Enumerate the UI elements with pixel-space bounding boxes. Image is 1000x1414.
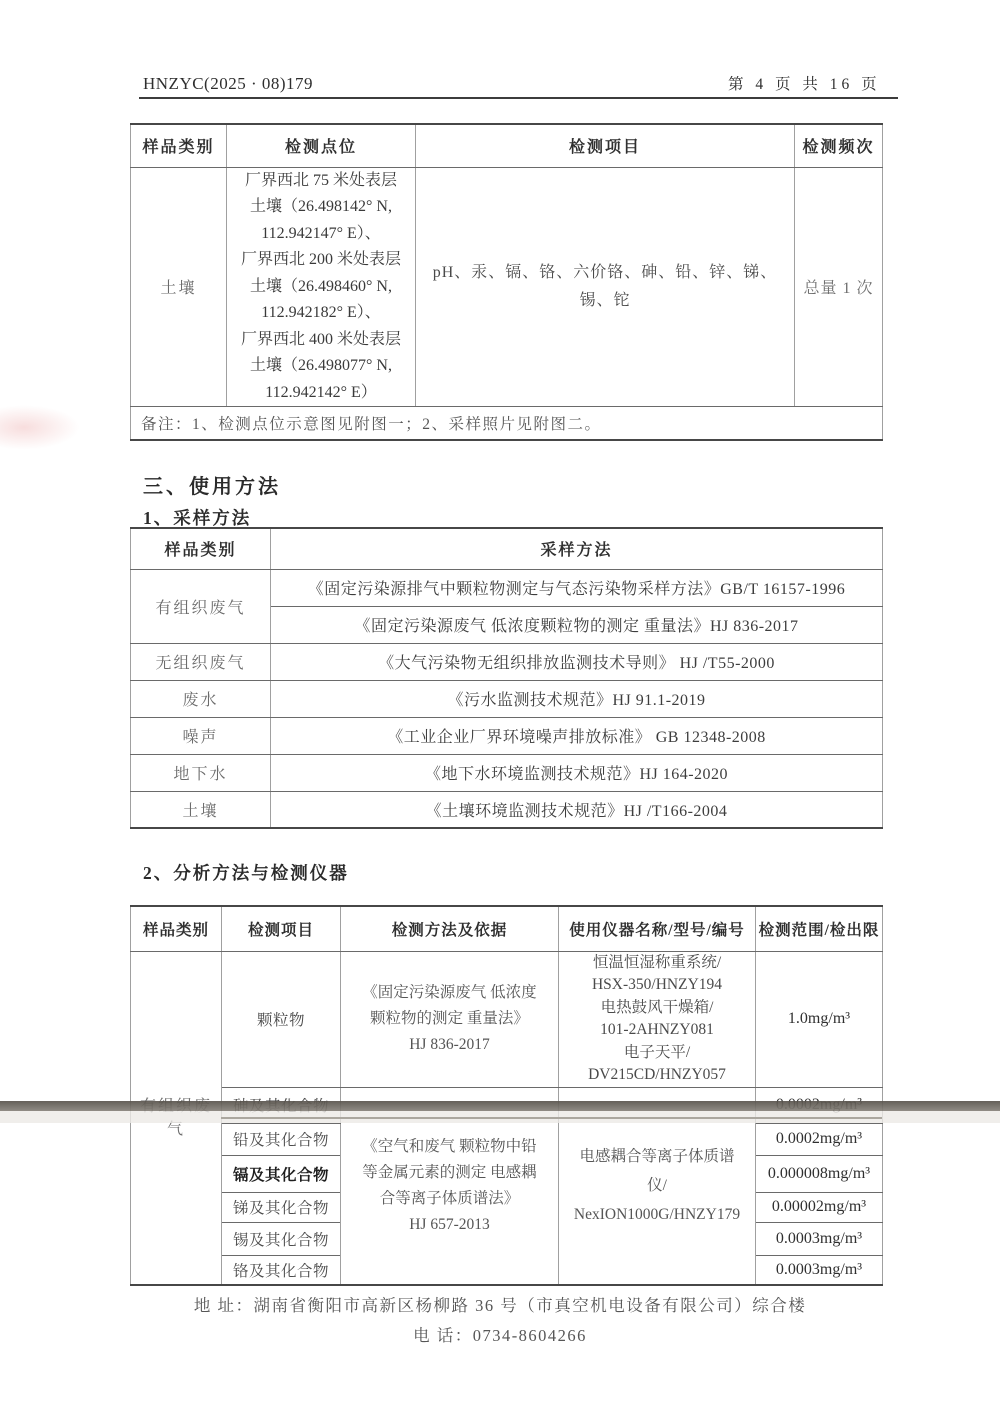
table-row: 噪声 《工业企业厂界环境噪声排放标准》 GB 12348-2008 <box>131 717 883 754</box>
items-line: 锡、铊 <box>416 287 794 315</box>
instrument-line: DV215CD/HNZY057 <box>559 1064 755 1087</box>
col-sample-category: 样品类别 <box>131 906 222 951</box>
col-sample-category: 样品类别 <box>131 124 227 167</box>
method-cell: 《固定污染源废气 低浓度 颗粒物的测定 重量法》 HJ 836-2017 <box>341 951 559 1087</box>
sample-category-soil: 土壤 <box>131 167 227 407</box>
item-antimony: 锑及其化合物 <box>222 1192 341 1222</box>
item-tin: 锡及其化合物 <box>222 1222 341 1255</box>
method-cell: 《工业企业厂界环境噪声排放标准》 GB 12348-2008 <box>271 717 883 754</box>
method-line: HJ 836-2017 <box>341 1032 558 1058</box>
method-cell: 《土壤环境监测技术规范》HJ /T166-2004 <box>271 791 883 828</box>
method-line: 等金属元素的测定 电感耦 <box>341 1160 558 1186</box>
table-row: 有组织废气 《固定污染源排气中颗粒物测定与气态污染物采样方法》GB/T 1615… <box>131 569 883 606</box>
instrument-line: 101-2AHNZY081 <box>559 1019 755 1042</box>
section-title-usage: 三、使用方法 <box>143 470 281 499</box>
document-number: HNZYC(2025 · 08)179 <box>143 74 313 94</box>
detection-limit: 1.0mg/m³ <box>756 951 883 1087</box>
method-cell: 《地下水环境监测技术规范》HJ 164-2020 <box>271 754 883 791</box>
col-frequency: 检测频次 <box>795 124 883 167</box>
table-row: 地下水 《地下水环境监测技术规范》HJ 164-2020 <box>131 754 883 791</box>
category-wastewater: 废水 <box>131 680 271 717</box>
method-line: 合等离子体质谱法》 <box>341 1186 558 1212</box>
col-sample-category: 样品类别 <box>131 528 271 569</box>
instrument-line: NexION1000G/HNZY179 <box>559 1200 755 1229</box>
sampling-methods-table: 样品类别 采样方法 有组织废气 《固定污染源排气中颗粒物测定与气态污染物采样方法… <box>130 527 883 829</box>
item-particulate: 颗粒物 <box>222 951 341 1087</box>
method-line: 《固定污染源废气 低浓度 <box>341 980 558 1006</box>
col-method-basis: 检测方法及依据 <box>341 906 559 951</box>
category-soil: 土壤 <box>131 791 271 828</box>
detection-limit: 0.0002mg/m³ <box>756 1123 883 1155</box>
point-line: 土壤（26.498077° N, <box>227 353 415 380</box>
test-items-cell: pH、汞、镉、铬、六价铬、砷、铅、锌、锑、 锡、铊 <box>416 167 795 407</box>
point-line: 土壤（26.498142° N, <box>227 194 415 221</box>
method-line: 《空气和废气 颗粒物中铅 <box>341 1134 558 1160</box>
table-note-row: 备注：1、检测点位示意图见附图一；2、采样照片见附图二。 <box>131 407 883 440</box>
detection-limit: 0.0003mg/m³ <box>756 1255 883 1285</box>
scanned-report-page: { "header": { "doc_number": "HNZYC(2025 … <box>0 0 1000 1414</box>
col-instrument: 使用仪器名称/型号/编号 <box>559 906 756 951</box>
header-rule <box>139 97 898 99</box>
method-cell: 《大气污染物无组织排放监测技术导则》 HJ /T55-2000 <box>271 643 883 680</box>
table-row: 土壤 厂界西北 75 米处表层 土壤（26.498142° N, 112.942… <box>131 167 883 407</box>
point-line: 112.942182° E）、 <box>227 300 415 327</box>
point-line: 112.942142° E） <box>227 380 415 407</box>
category-noise: 噪声 <box>131 717 271 754</box>
monitoring-points-cell: 厂界西北 75 米处表层 土壤（26.498142° N, 112.942147… <box>227 167 416 407</box>
col-test-item: 检测项目 <box>222 906 341 951</box>
sampling-table-header: 样品类别 采样方法 <box>131 528 883 569</box>
method-cell: 《污水监测技术规范》HJ 91.1-2019 <box>271 680 883 717</box>
instrument-line: HSX-350/HNZY194 <box>559 974 755 997</box>
monitoring-table-header: 样品类别 检测点位 检测项目 检测频次 <box>131 124 883 167</box>
col-range-limit: 检测范围/检出限 <box>756 906 883 951</box>
table-note: 备注：1、检测点位示意图见附图一；2、采样照片见附图二。 <box>131 407 883 440</box>
instrument-line: 恒温恒湿称重系统/ <box>559 952 755 975</box>
subsection-title-analysis: 2、分析方法与检测仪器 <box>143 860 349 885</box>
point-line: 土壤（26.498460° N, <box>227 274 415 301</box>
detection-limit: 0.0003mg/m³ <box>756 1222 883 1255</box>
instrument-line: 电感耦合等离子体质谱 <box>559 1142 755 1171</box>
detection-limit: 0.000008mg/m³ <box>756 1155 883 1192</box>
frequency-cell: 总量 1 次 <box>795 167 883 407</box>
monitoring-table: 样品类别 检测点位 检测项目 检测频次 土壤 厂界西北 75 米处表层 土壤（2… <box>130 123 883 441</box>
table-row: 有组织废 气 颗粒物 《固定污染源废气 低浓度 颗粒物的测定 重量法》 HJ 8… <box>131 951 883 1087</box>
scan-smudge-artifact <box>0 405 80 450</box>
analysis-table: 样品类别 检测项目 检测方法及依据 使用仪器名称/型号/编号 检测范围/检出限 … <box>130 905 883 1286</box>
table-row: 废水 《污水监测技术规范》HJ 91.1-2019 <box>131 680 883 717</box>
analysis-table-header: 样品类别 检测项目 检测方法及依据 使用仪器名称/型号/编号 检测范围/检出限 <box>131 906 883 951</box>
category-groundwater: 地下水 <box>131 754 271 791</box>
item-lead: 铅及其化合物 <box>222 1123 341 1155</box>
method-line: 颗粒物的测定 重量法》 <box>341 1006 558 1032</box>
method-cell: 《固定污染源排气中颗粒物测定与气态污染物采样方法》GB/T 16157-1996 <box>271 569 883 606</box>
point-line: 厂界西北 400 米处表层 <box>227 327 415 354</box>
col-point: 检测点位 <box>227 124 416 167</box>
footer-address: 地 址：湖南省衡阳市高新区杨柳路 36 号（市真空机电设备有限公司）综合楼 <box>0 1292 1000 1316</box>
category-unorganized-gas: 无组织废气 <box>131 643 271 680</box>
table-row: 无组织废气 《大气污染物无组织排放监测技术导则》 HJ /T55-2000 <box>131 643 883 680</box>
scanner-streak-artifact <box>0 1101 1000 1111</box>
point-line: 112.942147° E）、 <box>227 221 415 248</box>
item-cadmium: 镉及其化合物 <box>222 1155 341 1192</box>
items-line: pH、汞、镉、铬、六价铬、砷、铅、锌、锑、 <box>416 259 794 287</box>
instrument-line: 仪/ <box>559 1171 755 1200</box>
col-items: 检测项目 <box>416 124 795 167</box>
point-line: 厂界西北 200 米处表层 <box>227 247 415 274</box>
point-line: 厂界西北 75 米处表层 <box>227 168 415 195</box>
detection-limit: 0.00002mg/m³ <box>756 1192 883 1222</box>
instrument-line: 电热鼓风干燥箱/ <box>559 997 755 1020</box>
instrument-line: 电子天平/ <box>559 1042 755 1065</box>
instrument-cell: 恒温恒湿称重系统/ HSX-350/HNZY194 电热鼓风干燥箱/ 101-2… <box>559 951 756 1087</box>
scan-line-artifact <box>221 1117 882 1119</box>
page-number: 第 4 页 共 16 页 <box>728 72 881 94</box>
item-chromium: 铬及其化合物 <box>222 1255 341 1285</box>
category-organized-gas: 有组织废气 <box>131 569 271 643</box>
method-cell: 《固定污染源废气 低浓度颗粒物的测定 重量法》HJ 836-2017 <box>271 606 883 643</box>
col-sampling-method: 采样方法 <box>271 528 883 569</box>
table-row: 土壤 《土壤环境监测技术规范》HJ /T166-2004 <box>131 791 883 828</box>
method-line: HJ 657-2013 <box>341 1212 558 1238</box>
footer-phone: 电 话：0734-8604266 <box>0 1322 1000 1346</box>
